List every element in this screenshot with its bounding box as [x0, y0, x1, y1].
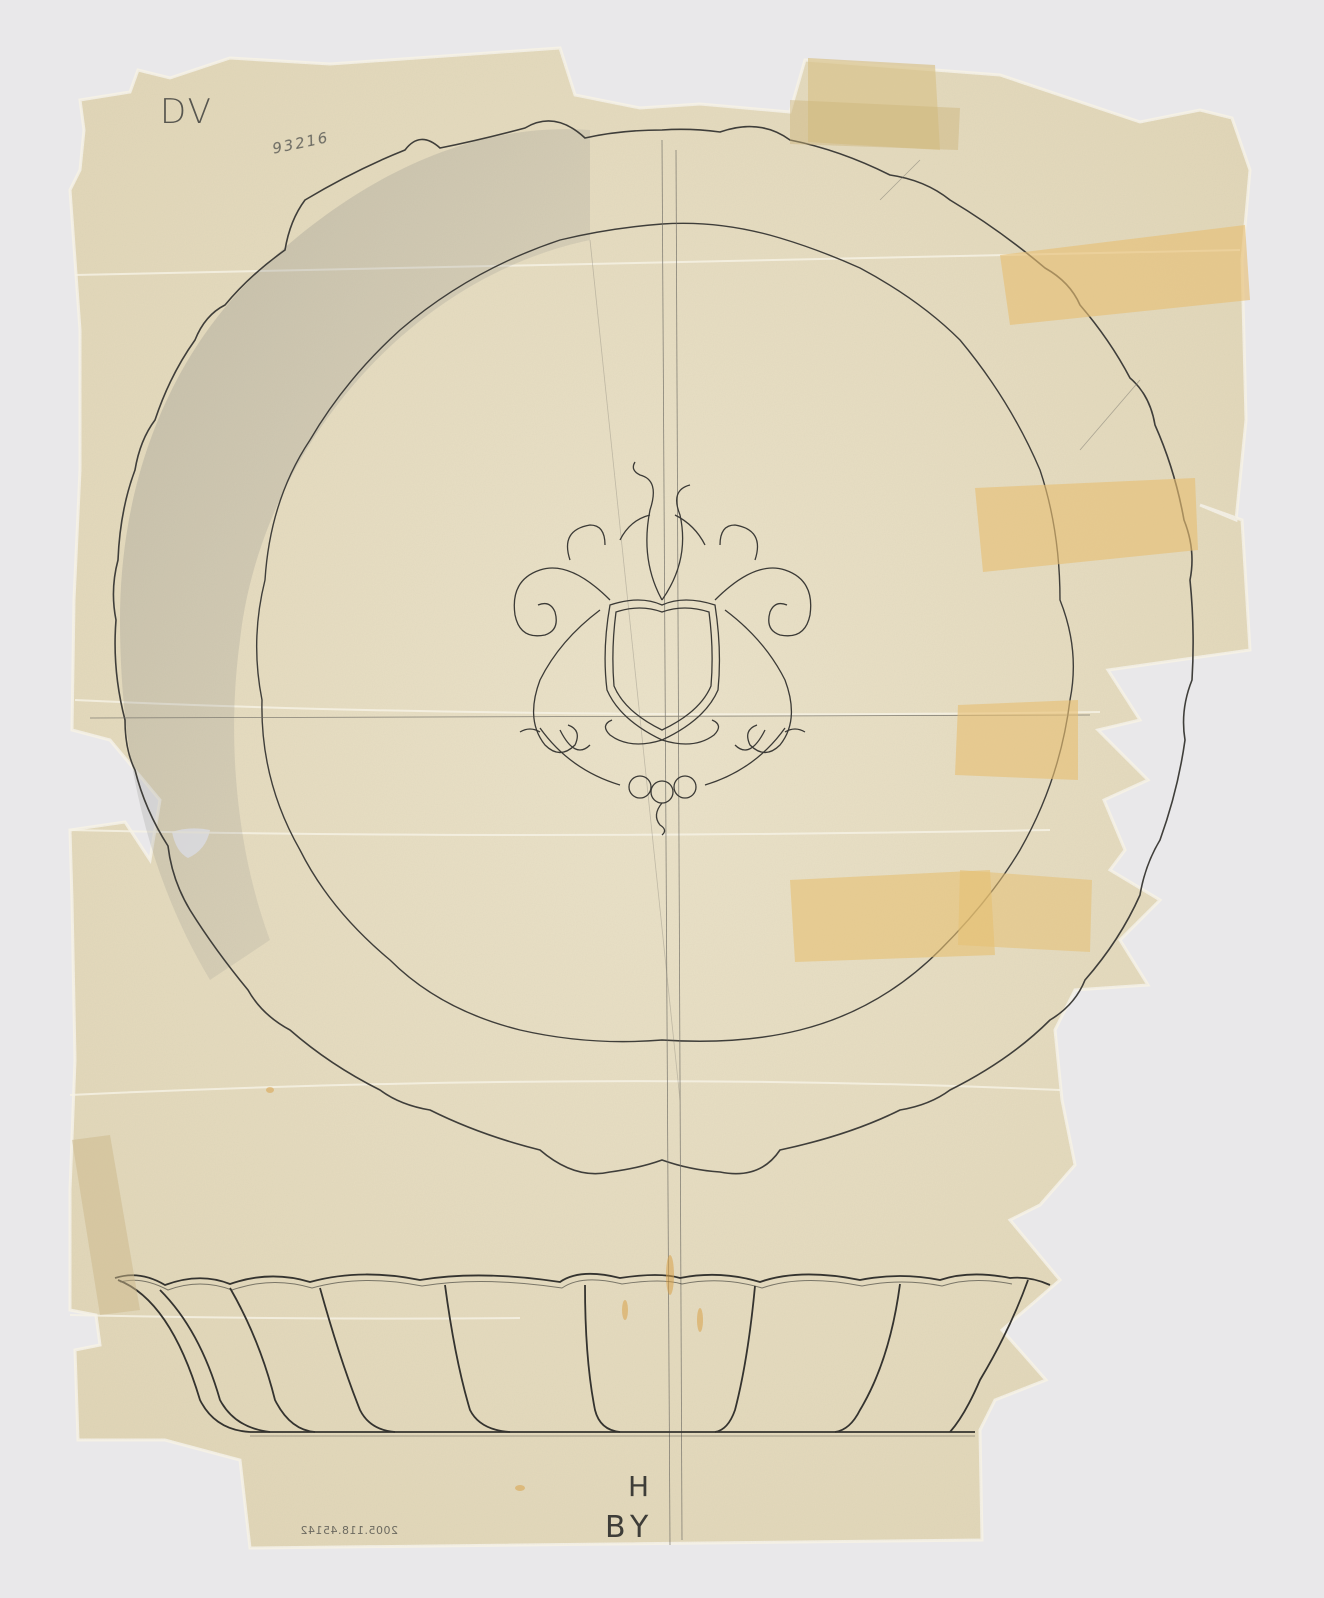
artwork-stage: DV 93216 H BY 2005.118.45142	[0, 0, 1324, 1598]
pencil-mark-h: H	[628, 1470, 651, 1503]
pencil-mark-by: BY	[605, 1510, 654, 1545]
pencil-mark-dv: DV	[160, 92, 213, 132]
drawing-canvas	[0, 0, 1324, 1598]
accession-number: 2005.118.45142	[300, 1524, 398, 1537]
